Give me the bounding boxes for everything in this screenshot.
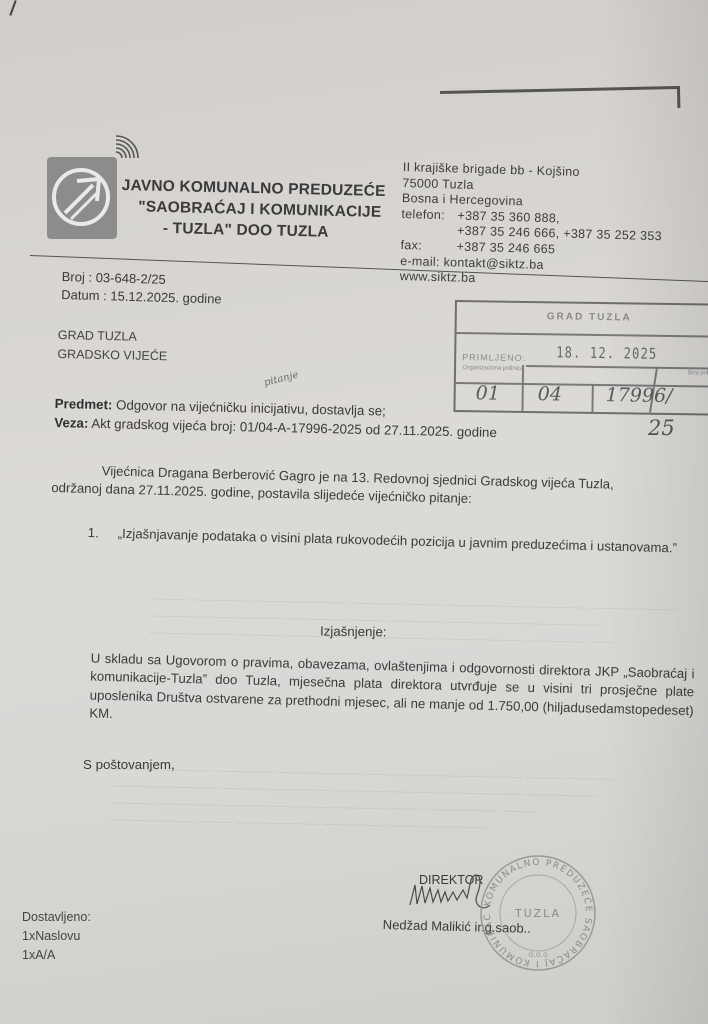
receipt-stamp: GRAD TUZLA 18. 12. 2025 PRIMLJENO: Organ… (453, 300, 708, 416)
handwritten-note: pitanje (263, 370, 300, 389)
company-logo (47, 157, 117, 239)
contact-block: II krajiške brigade bb - Kojšino 75000 T… (400, 160, 664, 292)
show-through-text: ——— ————— ———————— ———— ——— ————— ——————… (149, 590, 677, 652)
intro-paragraph: Vijećnica Dragana Berberović Gagro je na… (51, 461, 692, 514)
explanation-heading: Izjašnjenje: (320, 624, 387, 640)
explanation-text: U skladu sa Ugovorom o pravima, obavezam… (33, 648, 695, 738)
subject-block: Predmet: Odgovor na vijećničku inicijati… (54, 394, 497, 442)
pen-mark (9, 0, 16, 16)
document-page: ——— ————— ———————— ———— ——— ————— ——————… (0, 0, 708, 1024)
recipient-line: GRADSKO VIJEĆE (57, 345, 167, 366)
closing-salutation: S poštovanjem, (83, 757, 175, 772)
company-seal: KOMUNALNO PREDUZEĆE SAOBRAĆAJ I KOMUNIKA… (478, 853, 598, 973)
distribution-list: Dostavljeno: 1xNaslovu 1xA/A (22, 908, 91, 965)
company-name: JAVNO KOMUNALNO PREDUZEĆE "SAOBRAĆAJ I K… (121, 175, 386, 244)
document-date: Datum : 15.12.2025. godine (61, 286, 222, 308)
stamp-side-label: Broj priloga (688, 370, 708, 376)
phone-label: telefon: (401, 207, 457, 224)
email-label: e-mail: (400, 254, 440, 271)
stamp-handwritten-field: 01 (476, 382, 500, 404)
question-number: 1. (88, 524, 118, 543)
seal-bottom-text: d.o.o (528, 950, 548, 959)
distribution-item: 1xNaslovu (22, 927, 91, 946)
subject-label: Predmet: (55, 396, 113, 412)
explanation-paragraph: U skladu sa Ugovorom o pravima, obavezam… (33, 648, 695, 738)
stamp-handwritten-suffix: 25 (648, 416, 675, 440)
stamp-received-label: PRIMLJENO: (462, 352, 526, 363)
crop-mark (440, 86, 678, 94)
recipient-block: GRAD TUZLA GRADSKO VIJEĆE (57, 326, 168, 366)
stamp-handwritten-field: 04 (538, 383, 562, 405)
seal-center-text: TUZLA (514, 907, 561, 920)
fax-label: fax: (400, 238, 456, 255)
stamp-title: GRAD TUZLA (457, 310, 708, 325)
stamp-date: 18. 12. 2025 (556, 343, 657, 362)
question-text: „Izjašnjavanje podataka o visini plata r… (118, 525, 678, 558)
recipient-line: GRAD TUZLA (58, 326, 168, 347)
distribution-item: 1xA/A (22, 946, 91, 965)
arrow-circle-logo-icon (47, 157, 117, 239)
distribution-label: Dostavljeno: (22, 908, 91, 927)
document-meta: Broj : 03-648-2/25 Datum : 15.12.2025. g… (61, 268, 222, 308)
show-through-text: ———— ———— ————— ——————— ————— ———————— —… (109, 760, 614, 839)
reference-label: Veza: (54, 415, 88, 431)
question-item: 1. „Izjašnjavanje podataka o visini plat… (88, 524, 678, 558)
stamp-handwritten-field: 17996/ (606, 384, 673, 407)
stamp-org-label: Organizaciona jedinica (460, 365, 526, 373)
